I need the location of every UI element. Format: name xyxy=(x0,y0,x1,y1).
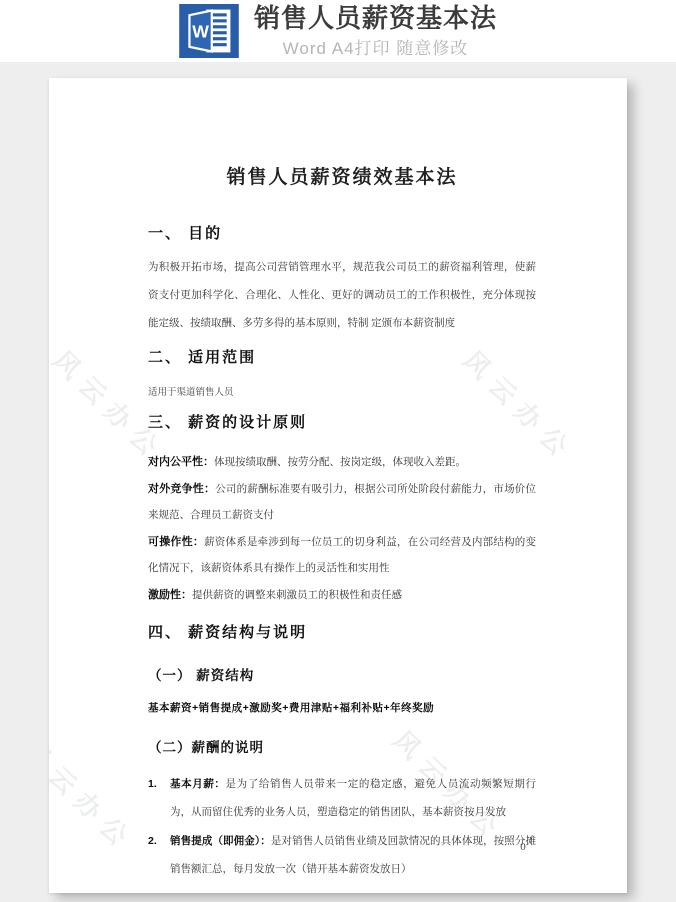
list-item-text: 是为了给销售人员带来一定的稳定感，避免人员流动频繁短期行为，从而留住优秀的业务人… xyxy=(170,779,536,818)
principle-operability: 可操作性：薪资体系是牵涉到每一位员工的切身利益，在公司经营及内部结构的变化情况下… xyxy=(148,529,536,582)
banner-title: 销售人员薪资基本法 xyxy=(254,3,497,33)
list-item-body: 销售提成（即佣金）：是对销售人员销售业绩及回款情况的具体体现，按照分摊销售额汇总… xyxy=(170,827,536,884)
banner-subtitle: Word A4打印 随意修改 xyxy=(283,34,469,59)
heading-purpose: 一、 目的 xyxy=(148,224,536,244)
principle-label: 激励性： xyxy=(148,589,192,601)
word-icon-letter: W xyxy=(192,22,209,42)
principle-text: 薪资体系是牵涉到每一位员工的切身利益，在公司经营及内部结构的变化情况下，该薪资体… xyxy=(148,537,536,574)
list-item-number: 1. xyxy=(148,770,161,827)
list-item: 2. 销售提成（即佣金）：是对销售人员销售业绩及回款情况的具体体现，按照分摊销售… xyxy=(148,827,536,884)
scope-paragraph: 适用于渠道销售人员 xyxy=(148,387,536,399)
screen: W 销售人员薪资基本法 Word A4打印 随意修改 风云办公 风云办公 风云办… xyxy=(0,0,676,893)
principle-label: 对内公平性： xyxy=(148,456,214,468)
doc-title: 销售人员薪资绩效基本法 xyxy=(148,166,536,190)
purpose-paragraph: 为积极开拓市场，提高公司营销管理水平，规范我公司员工的薪资福利管理，使薪资支付更… xyxy=(148,254,536,338)
word-icon: W xyxy=(179,4,239,58)
heading-salary-structure: 四、 薪资结构与说明 xyxy=(148,623,536,643)
principle-label: 对外竞争性： xyxy=(148,483,215,495)
salary-formula: 基本薪资+销售提成+激励奖+费用津贴+福利补贴+年终奖励 xyxy=(148,701,536,715)
principle-internal-fairness: 对内公平性：体现按绩取酬、按劳分配、按岗定级，体现收入差距。 xyxy=(148,449,536,476)
document-page: 风云办公 风云办公 风云办公 风云办公 销售人员薪资绩效基本法 一、 目的 为积… xyxy=(49,78,627,893)
subheading-salary-composition: （一） 薪资结构 xyxy=(148,667,536,685)
principle-external-competitiveness: 对外竞争性：公司的薪酬标准要有吸引力，根据公司所处阶段付薪能力，市场价位来规范、… xyxy=(148,476,536,529)
principle-label: 可操作性： xyxy=(148,536,204,548)
principle-text: 提供薪资的调整来刺激员工的积极性和责任感 xyxy=(192,590,402,601)
list-item-number: 2. xyxy=(148,827,161,884)
principle-motivation: 激励性：提供薪资的调整来刺激员工的积极性和责任感 xyxy=(148,582,536,609)
document-content: 销售人员薪资绩效基本法 一、 目的 为积极开拓市场，提高公司营销管理水平，规范我… xyxy=(49,78,627,884)
top-banner: W 销售人员薪资基本法 Word A4打印 随意修改 xyxy=(0,0,676,62)
salary-item-list: 1. 基本月薪：是为了给销售人员带来一定的稳定感，避免人员流动频繁短期行为，从而… xyxy=(148,770,536,884)
principle-text: 体现按绩取酬、按劳分配、按岗定级，体现收入差距。 xyxy=(214,457,466,468)
subheading-salary-explanation: （二）薪酬的说明 xyxy=(148,739,536,757)
heading-design-principles: 三、 薪资的设计原则 xyxy=(148,413,536,433)
list-item-body: 基本月薪：是为了给销售人员带来一定的稳定感，避免人员流动频繁短期行为，从而留住优… xyxy=(170,770,536,827)
page-number: 0 xyxy=(513,841,533,853)
list-item-label: 销售提成（即佣金）： xyxy=(170,835,271,847)
banner-text: 销售人员薪资基本法 Word A4打印 随意修改 xyxy=(254,3,497,59)
list-item-label: 基本月薪： xyxy=(170,778,226,790)
heading-scope: 二、 适用范围 xyxy=(148,348,536,368)
page-area: 风云办公 风云办公 风云办公 风云办公 销售人员薪资绩效基本法 一、 目的 为积… xyxy=(0,62,676,893)
list-item: 1. 基本月薪：是为了给销售人员带来一定的稳定感，避免人员流动频繁短期行为，从而… xyxy=(148,770,536,827)
